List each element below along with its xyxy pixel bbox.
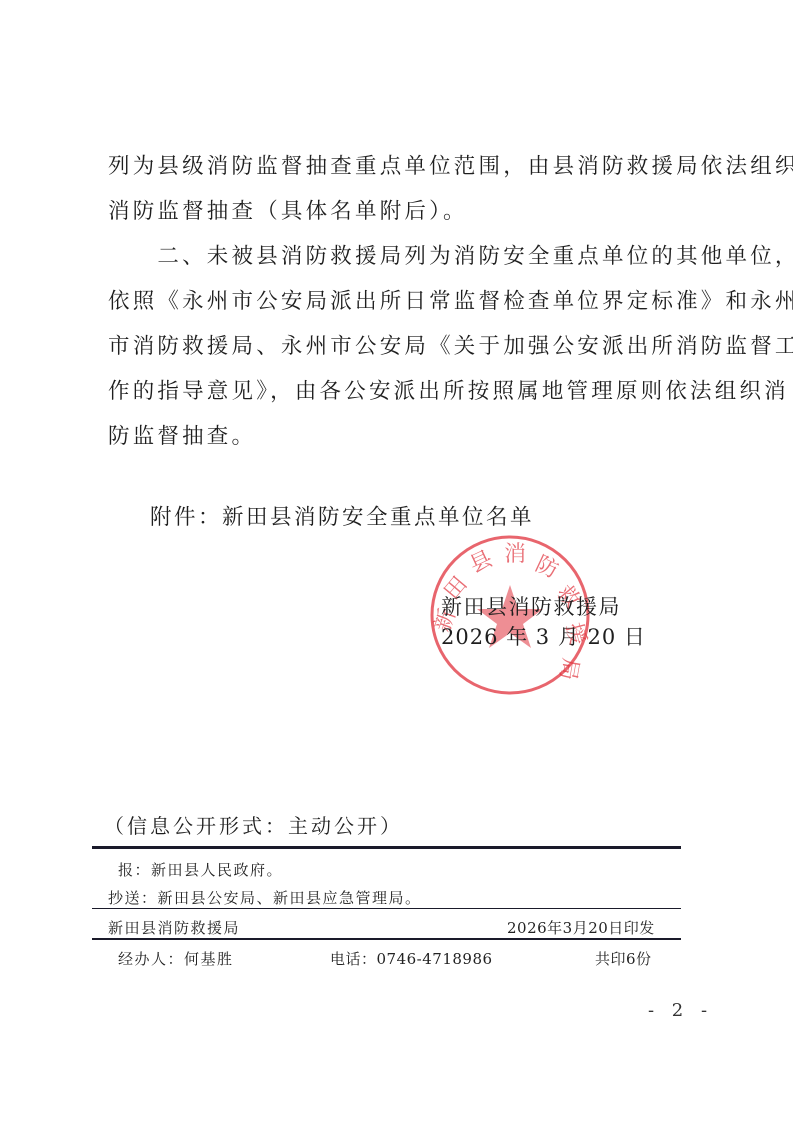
body-paragraph-line: 市消防救援局、永州市公安局《关于加强公安派出所消防监督工 xyxy=(108,335,793,359)
divider-thick xyxy=(92,846,681,849)
divider-thick xyxy=(92,938,681,940)
divider-thin xyxy=(92,908,681,909)
svg-text:县: 县 xyxy=(466,546,497,578)
body-paragraph-line: 依照《永州市公安局派出所日常监督检查单位界定标准》和永州 xyxy=(108,290,793,314)
body-paragraph-line: 作的指导意见》，由各公安派出所按照属地管理原则依法组织消 xyxy=(108,380,789,404)
disclosure-type: （信息公开形式：主动公开） xyxy=(104,810,403,839)
svg-text:局: 局 xyxy=(554,656,582,682)
cc-list: 抄送：新田县公安局、新田县应急管理局。 xyxy=(108,887,422,908)
report-to: 报：新田县人民政府。 xyxy=(118,859,283,880)
body-paragraph-line: 防监督抽查。 xyxy=(108,425,256,449)
copies-count: 共印6份 xyxy=(595,948,652,969)
issuing-org: 新田县消防救援局 xyxy=(108,917,240,938)
svg-text:消: 消 xyxy=(504,542,526,567)
signature-date: 2026 年 3 月 20 日 xyxy=(441,625,646,649)
handler: 经办人：何基胜 xyxy=(118,948,234,969)
body-paragraph-line: 列为县级消防监督抽查重点单位范围，由县消防救援局依法组织 xyxy=(108,155,793,179)
body-paragraph-line: 消防监督抽查（具体名单附后）。 xyxy=(108,200,468,224)
attachment-line: 附件：新田县消防安全重点单位名单 xyxy=(150,506,534,530)
svg-text:防: 防 xyxy=(531,552,562,584)
page-number: - 2 - xyxy=(648,1000,713,1021)
issue-date: 2026年3月20日印发 xyxy=(507,917,655,938)
body-paragraph-line: 二、未被县消防救援局列为消防安全重点单位的其他单位， xyxy=(108,245,793,269)
phone: 电话：0746-4718986 xyxy=(330,948,493,969)
issuer-signature: 新田县消防救援局 xyxy=(441,595,621,619)
